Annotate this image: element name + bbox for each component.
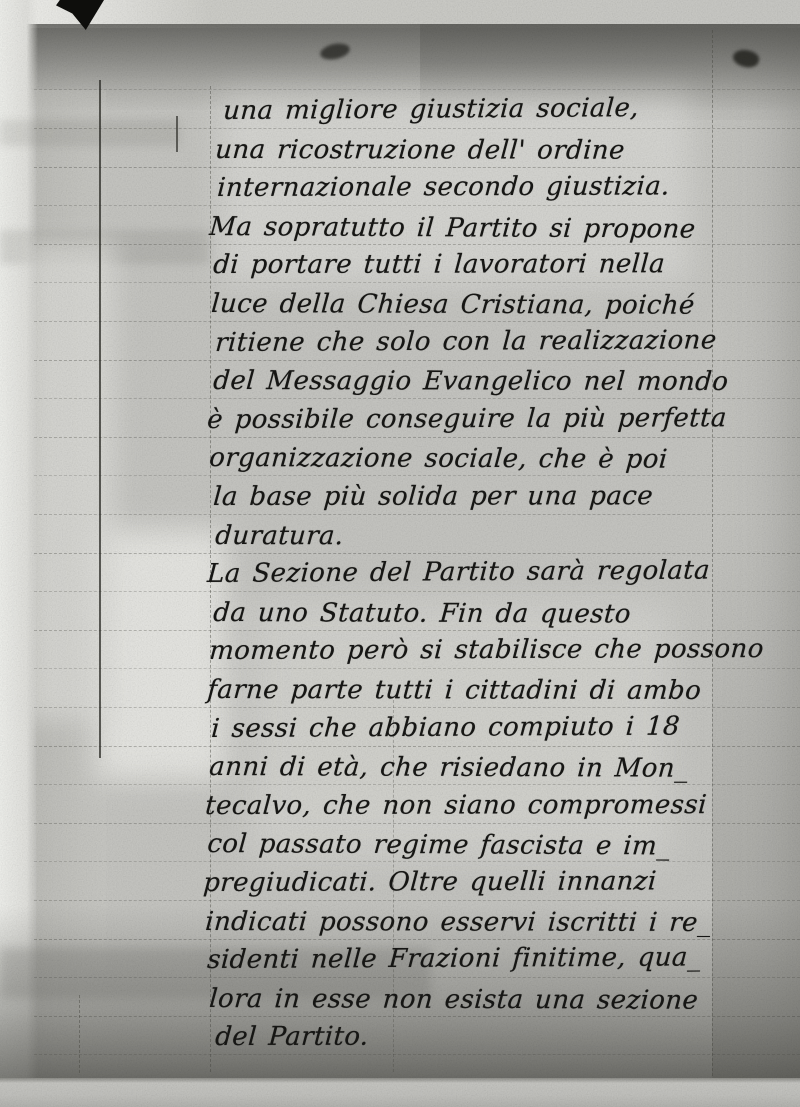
handwritten-line: una migliore giustizia sociale, <box>222 89 640 130</box>
handwritten-line: tecalvo, che non siano compromessi <box>204 786 708 825</box>
handwritten-line: da uno Statuto. Fin da questo <box>212 594 632 633</box>
handwritten-line: una ricostruzione dell' ordine <box>214 131 626 170</box>
handwritten-line: del Messaggio Evangelico nel mondo <box>212 362 730 401</box>
handwritten-line: luce della Chiesa Cristiana, poiché <box>210 285 696 325</box>
handwritten-line: indicati possono esservi iscritti i re_ <box>204 903 713 942</box>
handwritten-line: La Sezione del Partito sarà regolata <box>206 552 711 594</box>
handwritten-line: Ma sopratutto il Partito si propone <box>208 208 697 249</box>
handwritten-line: sidenti nelle Frazioni finitime, qua_ <box>206 939 703 980</box>
handwritten-line: col passato regime fascista e im_ <box>206 825 672 865</box>
handwritten-line: anni di età, che risiedano in Mon_ <box>208 748 690 788</box>
handwritten-line: è possibile conseguire la più perfetta <box>206 399 728 439</box>
handwritten-line: duratura. <box>214 517 345 555</box>
handwritten-line: lora in esse non esista una sezione <box>208 980 700 1020</box>
handwritten-text-block: una migliore giustizia sociale,una ricos… <box>0 0 800 1107</box>
handwritten-line: internazionale secondo giustizia. <box>216 168 671 208</box>
scanned-document-page: una migliore giustizia sociale,una ricos… <box>0 0 800 1107</box>
handwritten-line: i sessi che abbiano compiuto i 18 <box>210 707 681 747</box>
handwritten-line: di portare tutti i lavoratori nella <box>212 246 666 285</box>
handwritten-line: momento però si stabilisce che possono <box>208 630 765 670</box>
handwritten-line: del Partito. <box>214 1018 370 1056</box>
handwritten-line: ritiene che solo con la realizzazione <box>214 321 718 362</box>
handwritten-line: farne parte tutti i cittadini di ambo <box>206 671 703 710</box>
handwritten-line: pregiudicati. Oltre quelli innanzi <box>202 862 658 902</box>
handwritten-line: organizzazione sociale, che è poi <box>208 439 669 479</box>
handwritten-line: la base più solida per una pace <box>212 477 654 516</box>
